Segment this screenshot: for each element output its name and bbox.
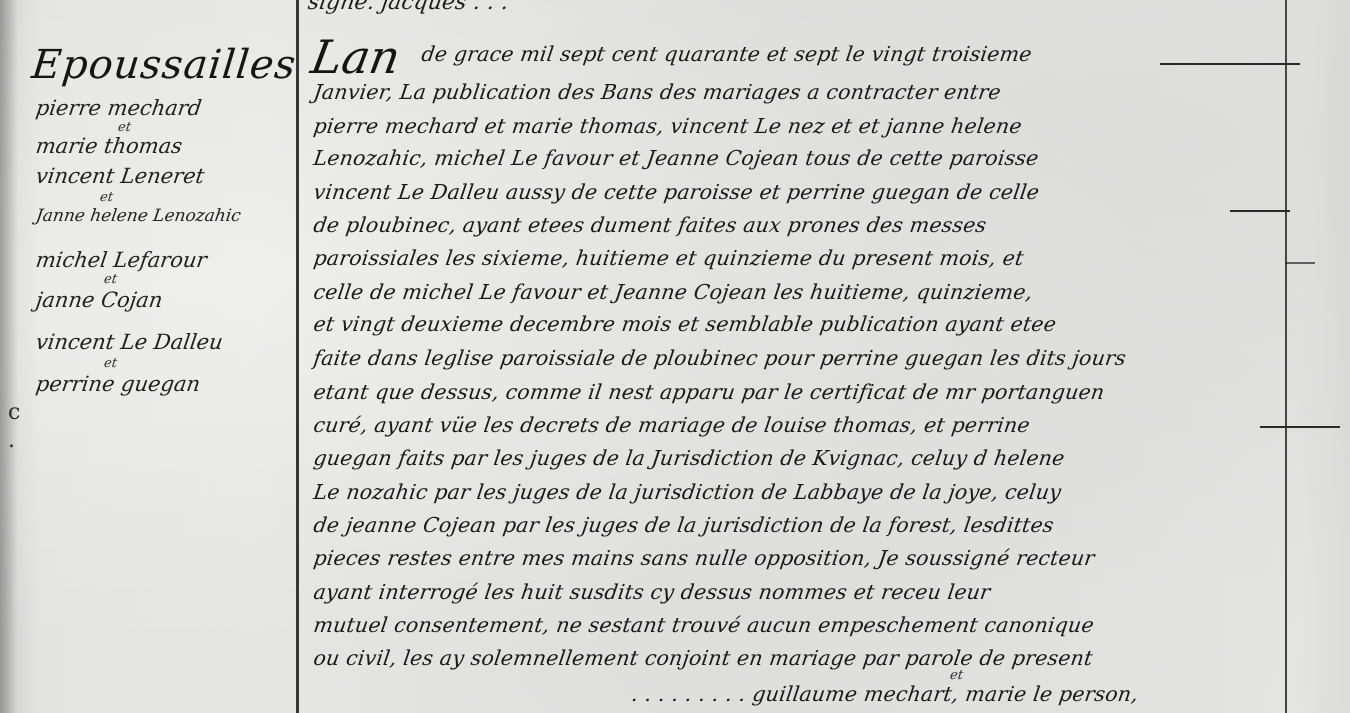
record-line-12: curé, ayant vüe les decrets de mariage d… [312,413,1032,437]
record-line-6: de ploubinec, ayant etees dument faites … [312,213,988,237]
previous-record-fragment: signe. jacques . . . [306,0,510,15]
margin-column: Epoussailles pierre mechard et marie tho… [0,0,296,713]
margin-groom-1: pierre mechard [34,96,203,120]
record-line-18: mutuel consentement, ne sestant trouvé a… [312,613,1096,637]
margin-mark-2: . [8,428,15,453]
left-margin-rule [296,0,299,713]
record-line-16: pieces restes entre mes mains sans nulle… [312,546,1096,570]
record-line-5: vincent Le Dalleu aussy de cette paroiss… [312,180,1041,204]
margin-groom-3: michel Lefarour [34,248,208,272]
margin-conj-3: et [103,272,118,287]
record-body: signe. jacques . . . Lan de grace mil se… [300,0,1285,713]
record-initial: Lan [307,30,404,84]
margin-bride-4: perrine guegan [34,372,202,396]
record-line-7: paroissiales les sixieme, huitieme et qu… [312,246,1025,270]
margin-conj-1: et [117,120,132,135]
record-line-14: Le nozahic par les juges de la jurisdict… [312,480,1063,504]
record-line-4: Lenozahic, michel Le favour et Jeanne Co… [312,146,1040,170]
register-page: Epoussailles pierre mechard et marie tho… [0,0,1350,713]
record-line-15: de jeanne Cojean par les juges de la jur… [312,513,1055,537]
margin-bride-3: janne Cojan [34,288,164,312]
record-line-9: et vingt deuxieme decembre mois et sembl… [312,312,1058,336]
record-line-13: guegan faits par les juges de la Jurisdi… [312,446,1066,470]
margin-bride-1: marie thomas [34,134,183,158]
record-line-8: celle de michel Le favour et Jeanne Coje… [312,280,1034,304]
record-line-1: de grace mil sept cent quarante et sept … [420,42,1033,66]
record-line-17: ayant interrogé les huit susdits cy dess… [312,580,992,604]
margin-groom-2: vincent Leneret [34,164,206,188]
record-line-2: Janvier, La publication des Bans des mar… [312,80,1002,104]
record-line-10: faite dans leglise paroissiale de ploubi… [312,346,1128,370]
margin-groom-4: vincent Le Dalleu [34,330,224,354]
line-fill-1 [1160,63,1300,65]
record-line-11: etant que dessus, comme il nest apparu p… [312,380,1106,404]
line-fill-12 [1260,426,1340,428]
margin-conj-4: et [103,356,118,371]
right-margin-rule [1285,0,1287,713]
record-line-19: ou civil, les ay solemnellement conjoint… [312,646,1094,670]
margin-bride-2: Janne helene Lenozahic [35,206,243,226]
margin-conj-2: et [99,190,114,205]
interlinear-et: et [949,668,964,683]
margin-title: Epoussailles [30,42,299,88]
record-line-3: pierre mechard et marie thomas, vincent … [312,114,1023,138]
record-line-20: . . . . . . . . . guillaume mechart, mar… [630,682,1140,706]
line-fill-6 [1230,210,1290,212]
line-fill-7 [1285,262,1315,264]
margin-mark-1: c [8,400,20,425]
